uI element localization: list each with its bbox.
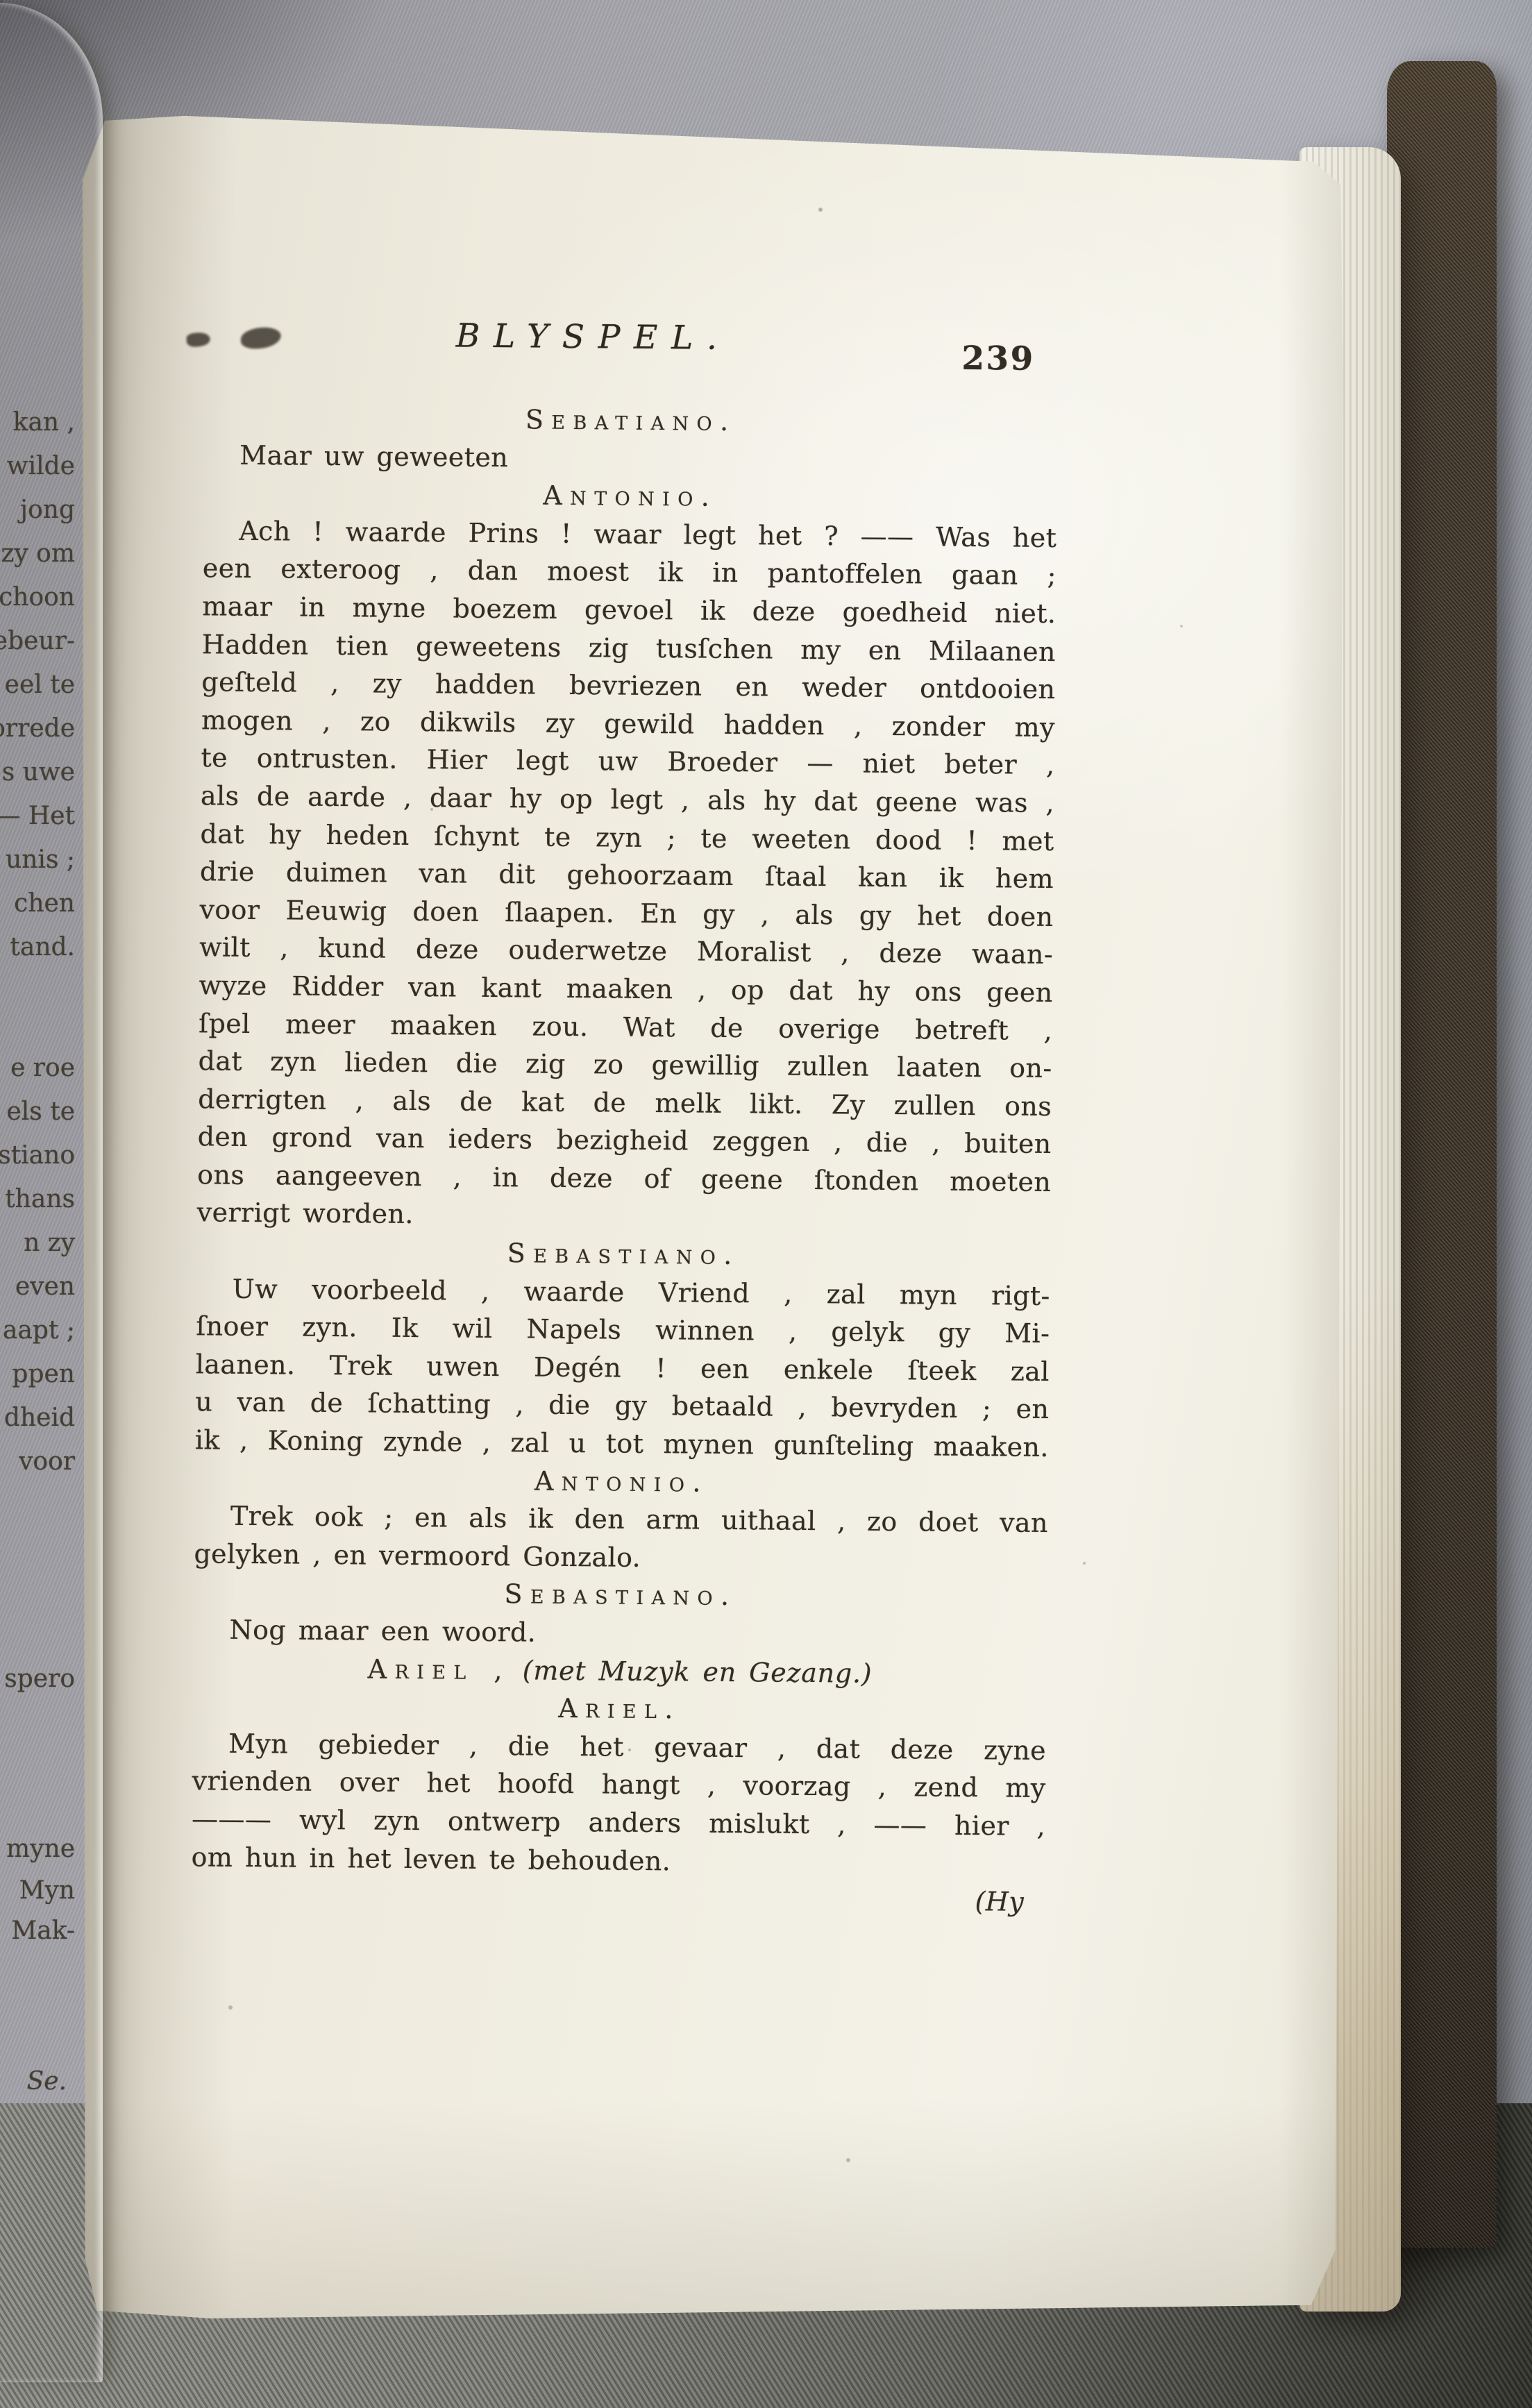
text-line: om hun in het leven te behouden.: [191, 1838, 1045, 1883]
left-page-fragment: zy om: [1, 540, 75, 568]
facing-page-edge: kan , wilde jong zy om choon ebeur- eel …: [0, 3, 103, 2382]
page-title: BLYSPEL.: [205, 314, 982, 360]
left-page-fragment: tand.: [10, 934, 75, 961]
catchword: (Hy: [191, 1876, 1045, 1921]
signature-mark: Se.: [27, 2068, 67, 2096]
left-page-fragment: even: [15, 1273, 75, 1301]
text-line: ik , Koning zynde , zal u tot mynen gunſ…: [195, 1421, 1049, 1466]
left-page-fragment: thans: [5, 1186, 75, 1213]
left-page-fragment: ebeur-: [0, 628, 75, 655]
left-page-fragment: els te: [6, 1098, 75, 1126]
text-column: Sebatiano. Maar uw geweeten Antonio. Ach…: [191, 398, 1058, 1921]
left-page-fragment: choon: [0, 584, 75, 612]
text-line: Maar uw geweeten: [203, 436, 1057, 481]
text-line: ——— wyl zyn ontwerp anders mislukt , —— …: [192, 1800, 1045, 1845]
text-line: maar in myne boezem gevoel ik deze goedh…: [202, 587, 1056, 632]
left-page-fragment: eel te: [5, 671, 75, 699]
left-page-fragment: spero: [4, 1665, 75, 1693]
left-page-fragment: myne: [6, 1835, 75, 1863]
left-page-fragment: aapt ;: [3, 1317, 75, 1345]
text-line: verrigt worden.: [197, 1194, 1051, 1239]
stage-direction: (met Muzyk en Gezang.): [523, 1655, 873, 1688]
left-page-fragment: orrede: [0, 715, 75, 743]
left-page-fragment: s uwe: [2, 759, 75, 786]
left-page-fragment: dheid: [4, 1404, 75, 1432]
left-page-fragment: voor: [19, 1448, 75, 1476]
left-page-fragment: jong: [20, 496, 75, 524]
left-page-fragment: — Het: [0, 802, 75, 830]
left-page-fragment: Myn: [19, 1877, 75, 1905]
text-line: gelyken , en vermoord Gonzalo.: [194, 1535, 1047, 1580]
left-page-fragment: e roe: [10, 1054, 75, 1082]
running-head: BLYSPEL. 239: [204, 314, 1059, 378]
book-cover-edge: [1387, 61, 1497, 2248]
left-page-fragment: wilde: [7, 453, 75, 480]
paper-specks: [0, 0, 3, 3]
left-page-fragment: unis ;: [6, 846, 75, 874]
book-photograph: BLYSPEL. 239 Sebatiano. Maar uw geweeten…: [0, 0, 1532, 2408]
text-line: Nog maar een woord.: [193, 1610, 1047, 1656]
left-page-fragment: stiano: [0, 1142, 75, 1170]
left-page-fragment: chen: [14, 890, 75, 918]
book-page: BLYSPEL. 239 Sebatiano. Maar uw geweeten…: [82, 110, 1357, 2321]
speaker-name: Ariel ,: [367, 1653, 510, 1685]
left-page-fragment: Mak-: [11, 1917, 75, 1945]
left-page-fragment: n zy: [24, 1229, 75, 1257]
page-number: 239: [961, 339, 1035, 378]
left-page-fragment: kan ,: [13, 409, 75, 437]
text-line: als de aarde , daar hy op legt , als hy …: [201, 777, 1054, 822]
left-page-fragment: ppen: [12, 1361, 75, 1388]
text-line: wyze Ridder van kant maaken , op dat hy …: [199, 966, 1052, 1011]
